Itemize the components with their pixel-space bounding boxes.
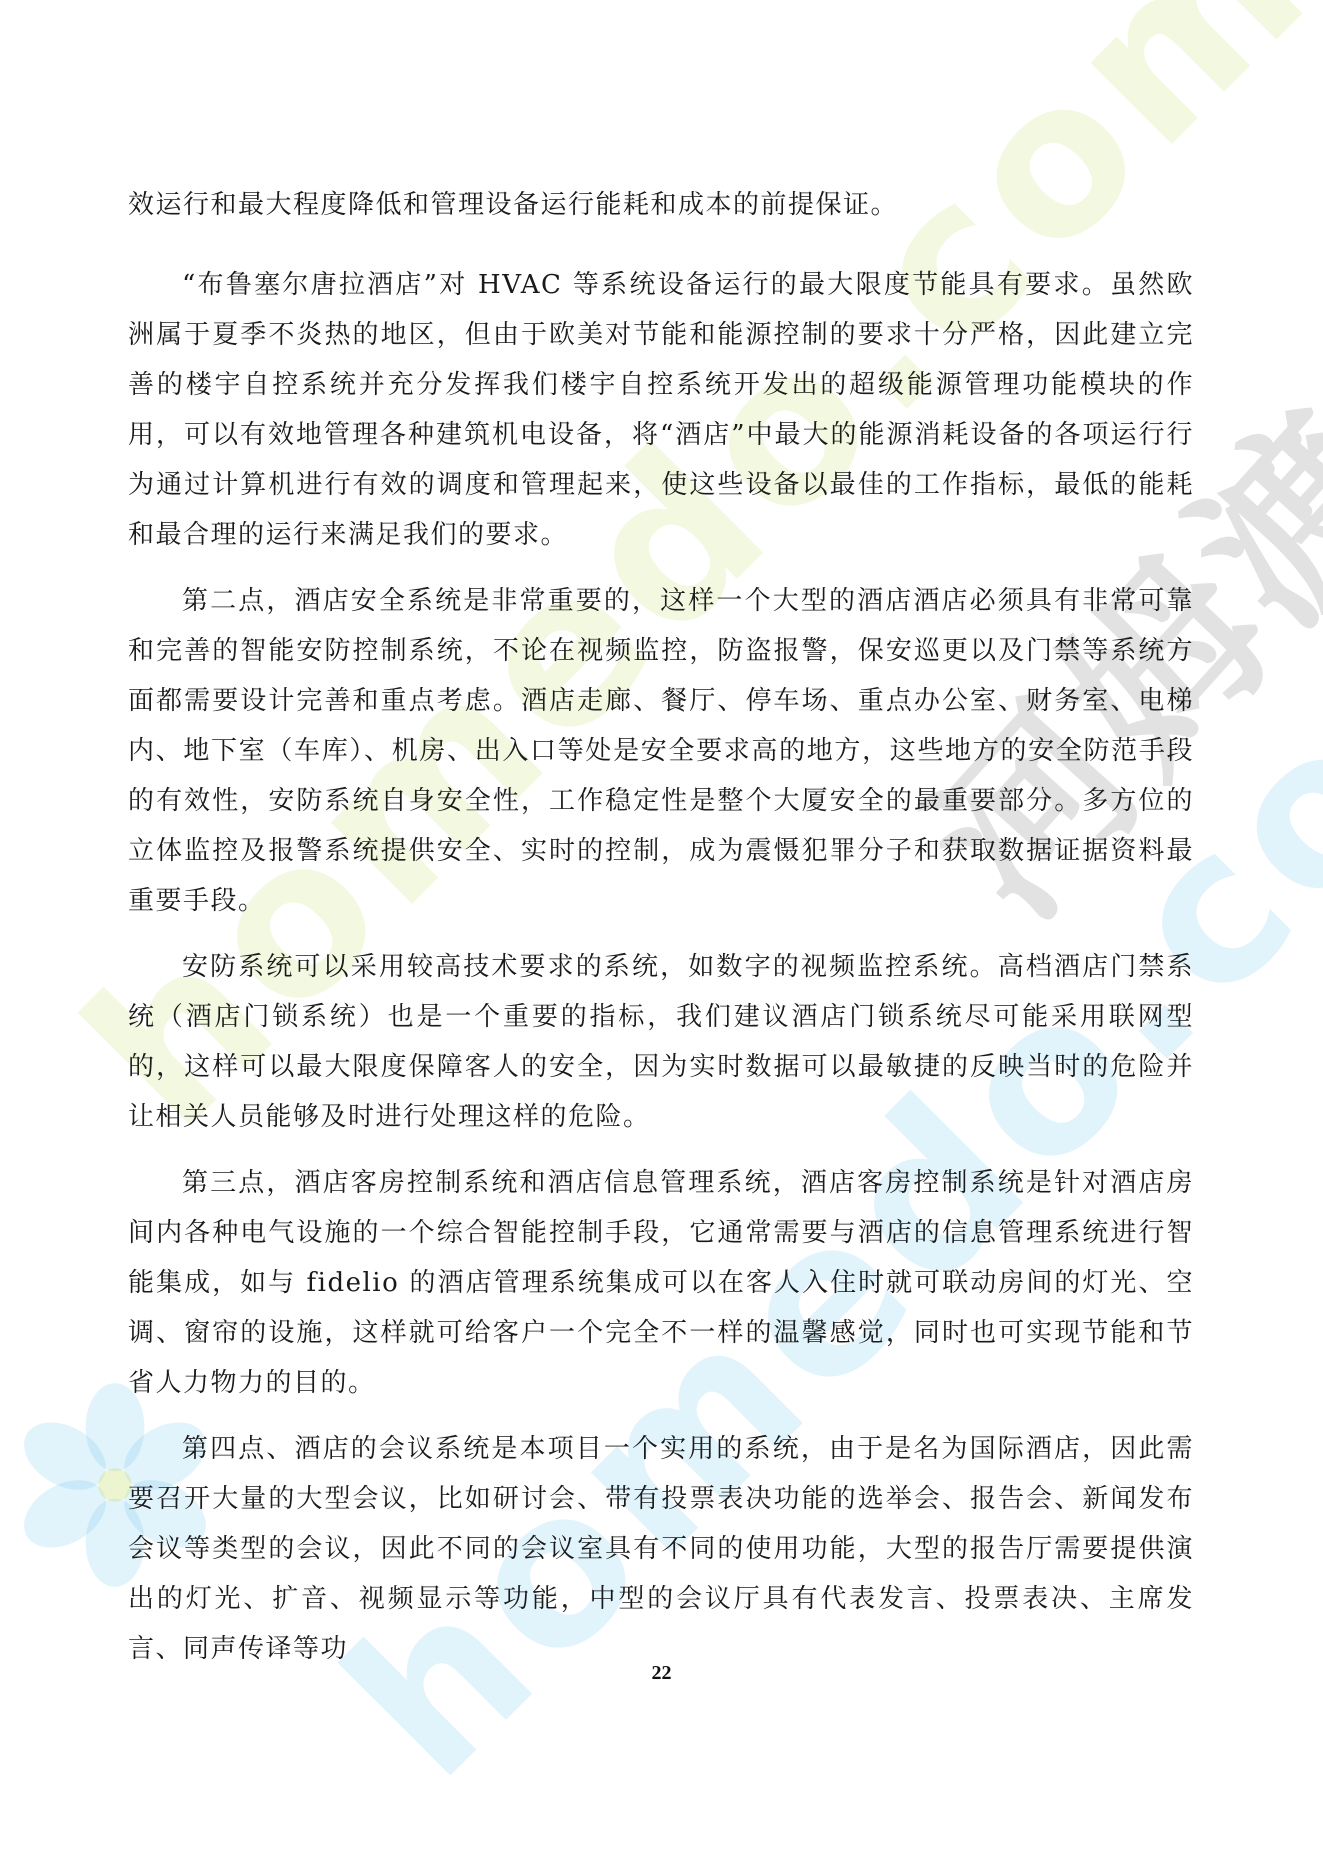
paragraph-intro-continuation: 效运行和最大程度降低和管理设备运行能耗和成本的前提保证。 <box>128 180 1194 230</box>
paragraph-conference-system: 第四点、酒店的会议系统是本项目一个实用的系统，由于是名为国际酒店，因此需要召开大… <box>128 1424 1194 1674</box>
paragraph-security-system: 第二点，酒店安全系统是非常重要的，这样一个大型的酒店酒店必须具有非常可靠和完善的… <box>128 576 1194 926</box>
paragraph-door-lock-system: 安防系统可以采用较高技术要求的系统，如数字的视频监控系统。高档酒店门禁系统（酒店… <box>128 942 1194 1142</box>
page-body: 效运行和最大程度降低和管理设备运行能耗和成本的前提保证。 “布鲁塞尔唐拉酒店”对… <box>128 180 1194 1690</box>
paragraph-room-control: 第三点，酒店客房控制系统和酒店信息管理系统，酒店客房控制系统是针对酒店房间内各种… <box>128 1158 1194 1408</box>
page-number: 22 <box>0 1662 1323 1685</box>
paragraph-hvac-energy: “布鲁塞尔唐拉酒店”对 HVAC 等系统设备运行的最大限度节能具有要求。虽然欧洲… <box>128 260 1194 560</box>
